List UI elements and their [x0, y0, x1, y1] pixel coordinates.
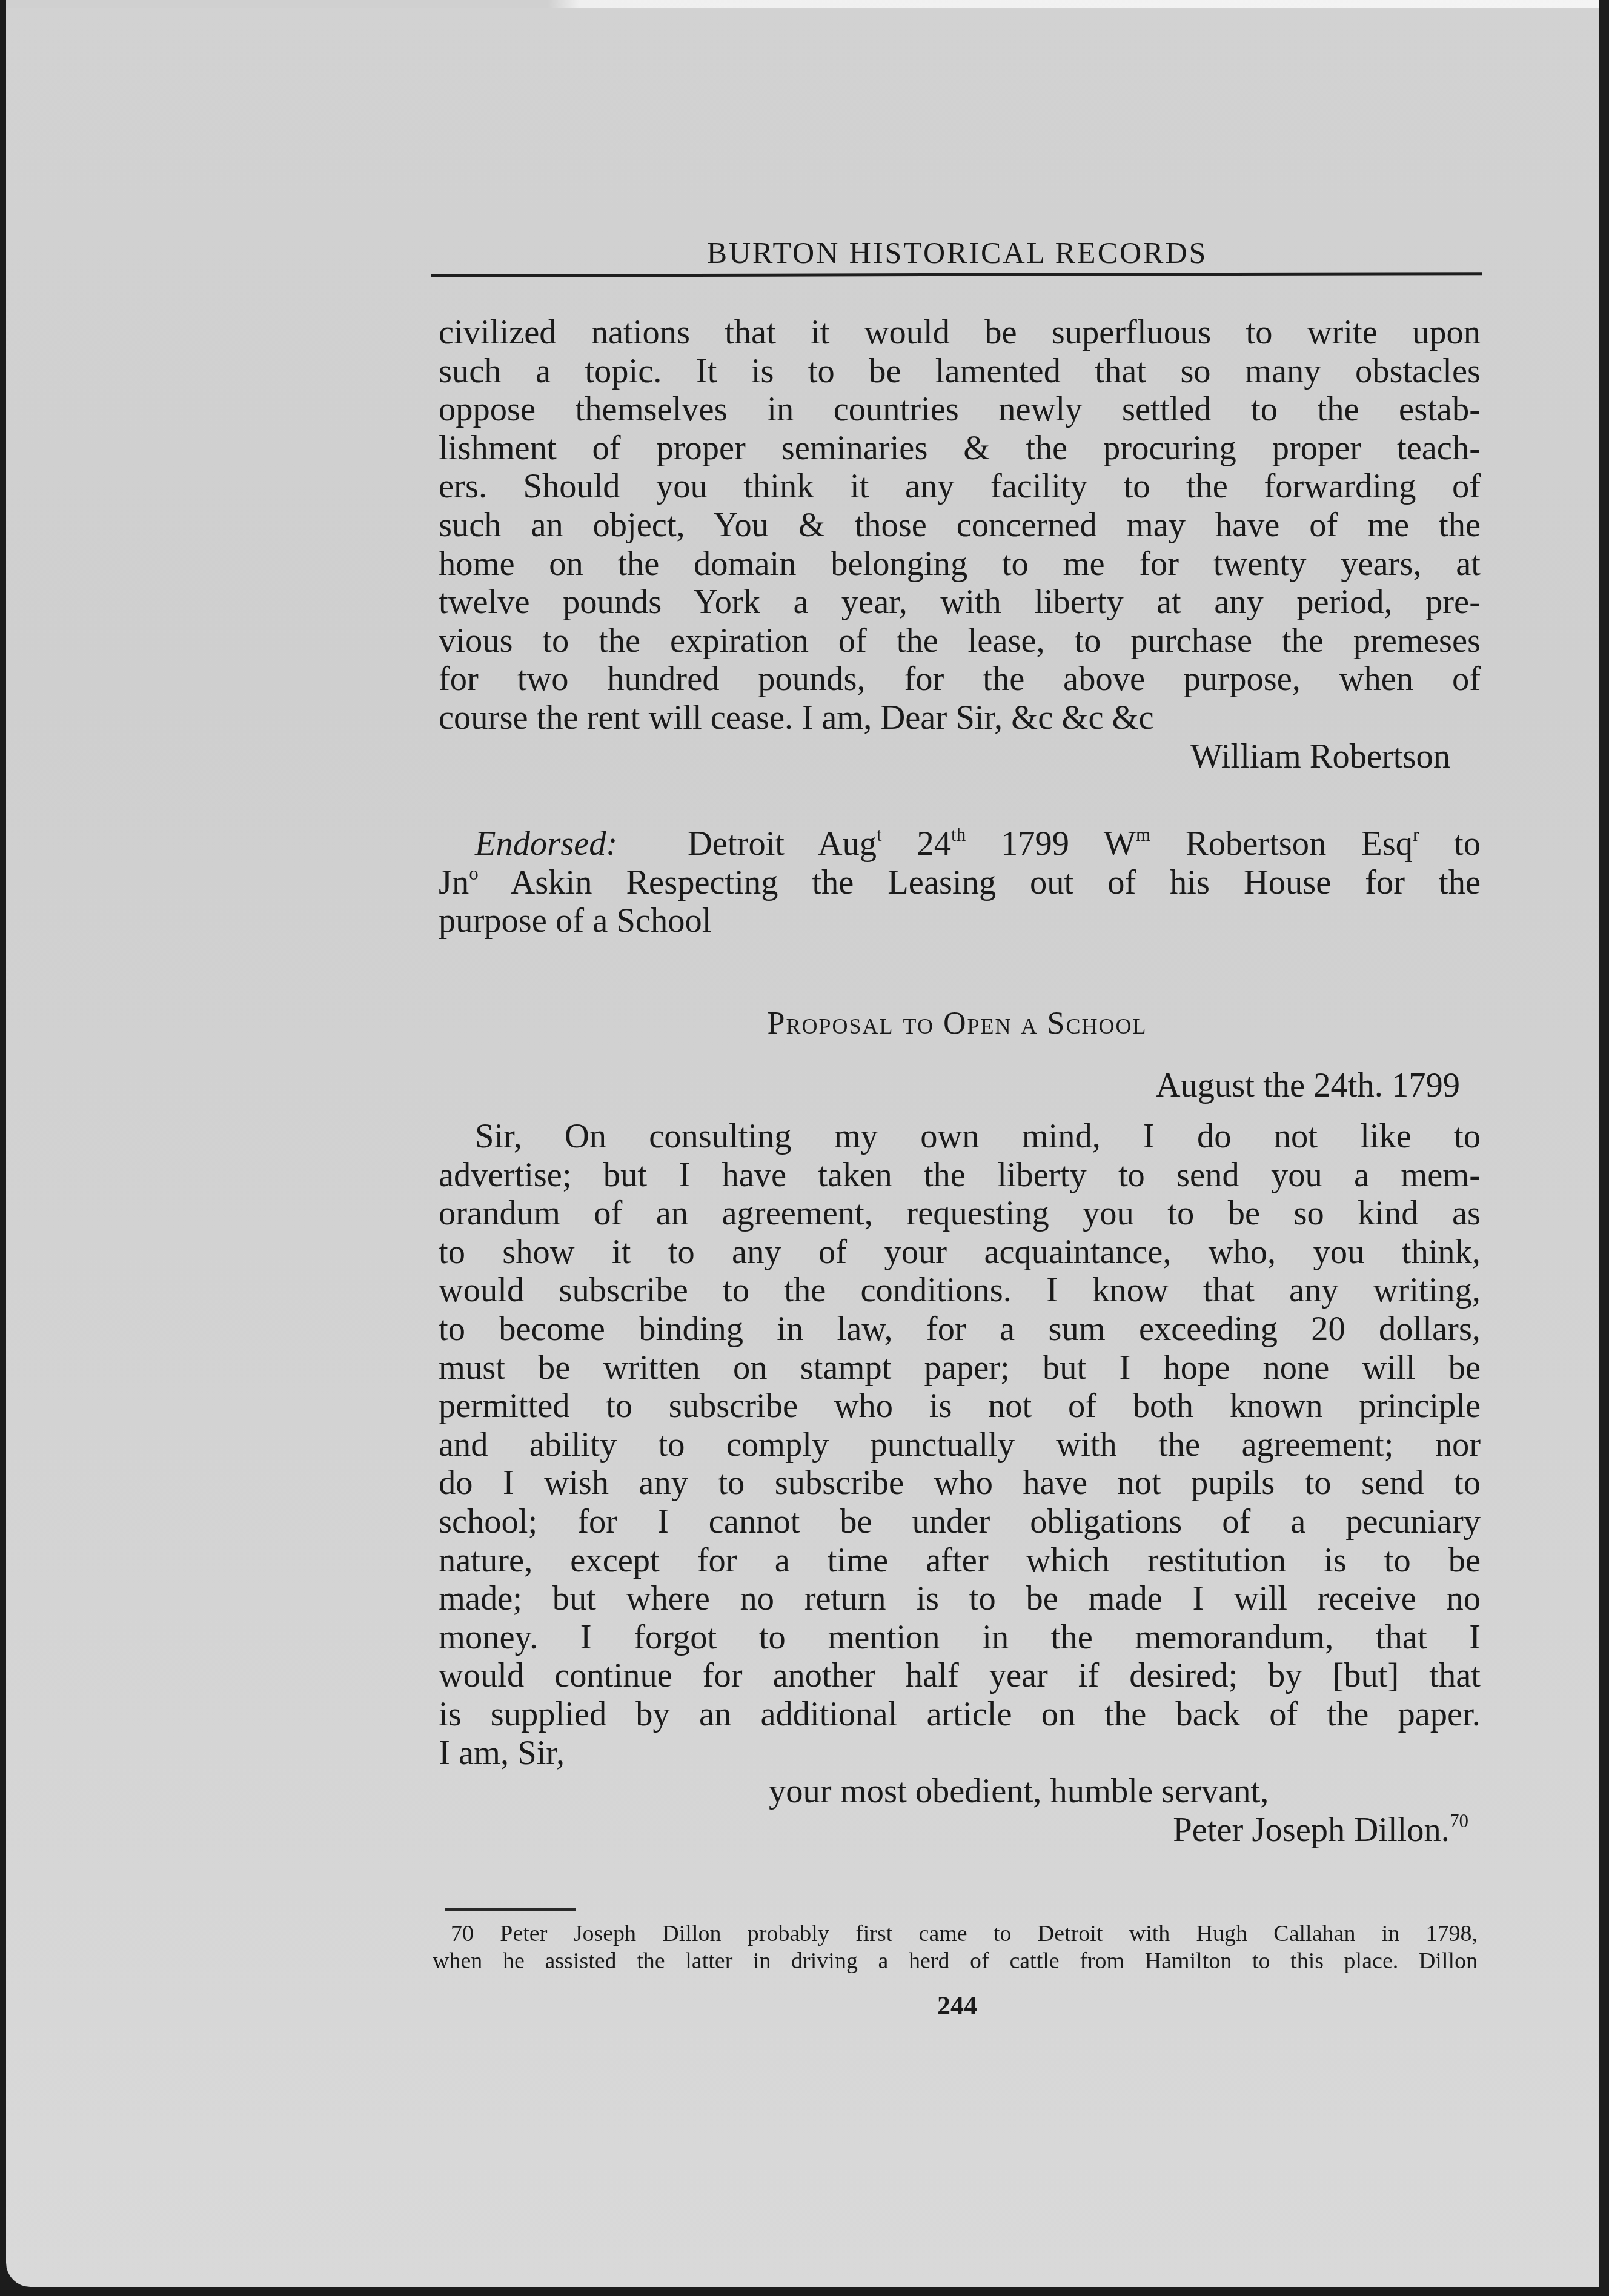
- closing: I am, Sir,: [439, 1734, 1481, 1773]
- endorsement: Endorsed: Detroit Augt 24th 1799 Wm Robe…: [439, 825, 1481, 941]
- superscript: r: [1413, 824, 1419, 845]
- signature-dillon: Peter Joseph Dillon.70: [439, 1811, 1481, 1850]
- footnote-number: 70: [451, 1921, 474, 1946]
- footnote-line: when he assisted the latter in driving a…: [433, 1948, 1478, 1975]
- text-line: ers. Should you think it any facility to…: [439, 468, 1481, 506]
- text-line: vious to the expiration of the lease, to…: [439, 622, 1481, 661]
- superscript: th: [951, 824, 966, 845]
- text-line: do I wish any to subscribe who have not …: [439, 1464, 1481, 1503]
- text-line: to show it to any of your acquaintance, …: [439, 1233, 1481, 1272]
- text-line: home on the domain belonging to me for t…: [439, 545, 1481, 584]
- footnote-text: Peter Joseph Dillon probably first came …: [474, 1921, 1478, 1946]
- valediction: your most obedient, humble servant,: [439, 1773, 1481, 1811]
- endorsement-line-2: Jno Askin Respecting the Leasing out of …: [439, 864, 1481, 903]
- text-line: must be written on stampt paper; but I h…: [439, 1349, 1481, 1388]
- text-line: Sir, On consulting my own mind, I do not…: [439, 1118, 1481, 1156]
- book-page: BURTON HISTORICAL RECORDS civilized nati…: [6, 0, 1599, 2287]
- footnote-rule: [445, 1908, 576, 1911]
- letter-date: August the 24th. 1799: [439, 1066, 1460, 1105]
- text-line: orandum of an agreement, requesting you …: [439, 1195, 1481, 1233]
- text-line: course the rent will cease. I am, Dear S…: [439, 699, 1481, 738]
- text-line: school; for I cannot be under obligation…: [439, 1503, 1481, 1542]
- signature-robertson: William Robertson: [439, 738, 1481, 777]
- endorsement-text: 24: [882, 825, 951, 863]
- endorsement-text: Robertson Esq: [1150, 825, 1413, 863]
- text-line: for two hundred pounds, for the above pu…: [439, 660, 1481, 699]
- text-line: such an object, You & those concerned ma…: [439, 506, 1481, 545]
- text-line: civilized nations that it would be super…: [439, 314, 1481, 353]
- page-number: 244: [430, 1990, 1484, 2021]
- text-line: nature, except for a time after which re…: [439, 1542, 1481, 1581]
- endorsement-text: 1799 W: [966, 825, 1136, 863]
- letter-robertson: civilized nations that it would be super…: [439, 314, 1481, 776]
- text-line: oppose themselves in countries newly set…: [439, 391, 1481, 430]
- text-line: such a topic. It is to be lamented that …: [439, 353, 1481, 391]
- superscript: t: [877, 824, 882, 845]
- endorsement-text: Detroit Aug: [688, 825, 877, 863]
- text-line: advertise; but I have taken the liberty …: [439, 1156, 1481, 1195]
- text-line: money. I forgot to mention in the memora…: [439, 1619, 1481, 1657]
- superscript: o: [469, 862, 479, 883]
- footnote-reference[interactable]: 70: [1450, 1810, 1468, 1831]
- text-line: would continue for another half year if …: [439, 1657, 1481, 1696]
- text-line: made; but where no return is to be made …: [439, 1580, 1481, 1619]
- endorsement-text: to: [1419, 825, 1481, 863]
- endorsement-text: Askin Respecting the Leasing out of his …: [479, 864, 1481, 901]
- text-line: twelve pounds York a year, with liberty …: [439, 583, 1481, 622]
- endorsed-label: Endorsed:: [475, 825, 617, 863]
- running-head: BURTON HISTORICAL RECORDS: [430, 235, 1484, 270]
- endorsement-text: Jn: [439, 864, 469, 901]
- endorsement-line-1: Endorsed: Detroit Augt 24th 1799 Wm Robe…: [439, 825, 1481, 864]
- header-rule: [431, 272, 1482, 277]
- text-line: lishment of proper seminaries & the proc…: [439, 430, 1481, 468]
- footnote-line: 70 Peter Joseph Dillon probably first ca…: [433, 1920, 1478, 1948]
- letter-dillon: Sir, On consulting my own mind, I do not…: [439, 1118, 1481, 1850]
- footnote-70: 70 Peter Joseph Dillon probably first ca…: [433, 1920, 1478, 1975]
- text-line: would subscribe to the conditions. I kno…: [439, 1272, 1481, 1310]
- text-line: permitted to subscribe who is not of bot…: [439, 1387, 1481, 1426]
- text-line: and ability to comply punctually with th…: [439, 1426, 1481, 1465]
- section-title: Proposal to Open a School: [430, 1006, 1484, 1041]
- text-line: to become binding in law, for a sum exce…: [439, 1310, 1481, 1349]
- superscript: m: [1136, 824, 1150, 845]
- endorsement-line-3: purpose of a School: [439, 902, 1481, 941]
- signature-text: Peter Joseph Dillon.: [1173, 1811, 1450, 1849]
- text-line: is supplied by an additional article on …: [439, 1696, 1481, 1734]
